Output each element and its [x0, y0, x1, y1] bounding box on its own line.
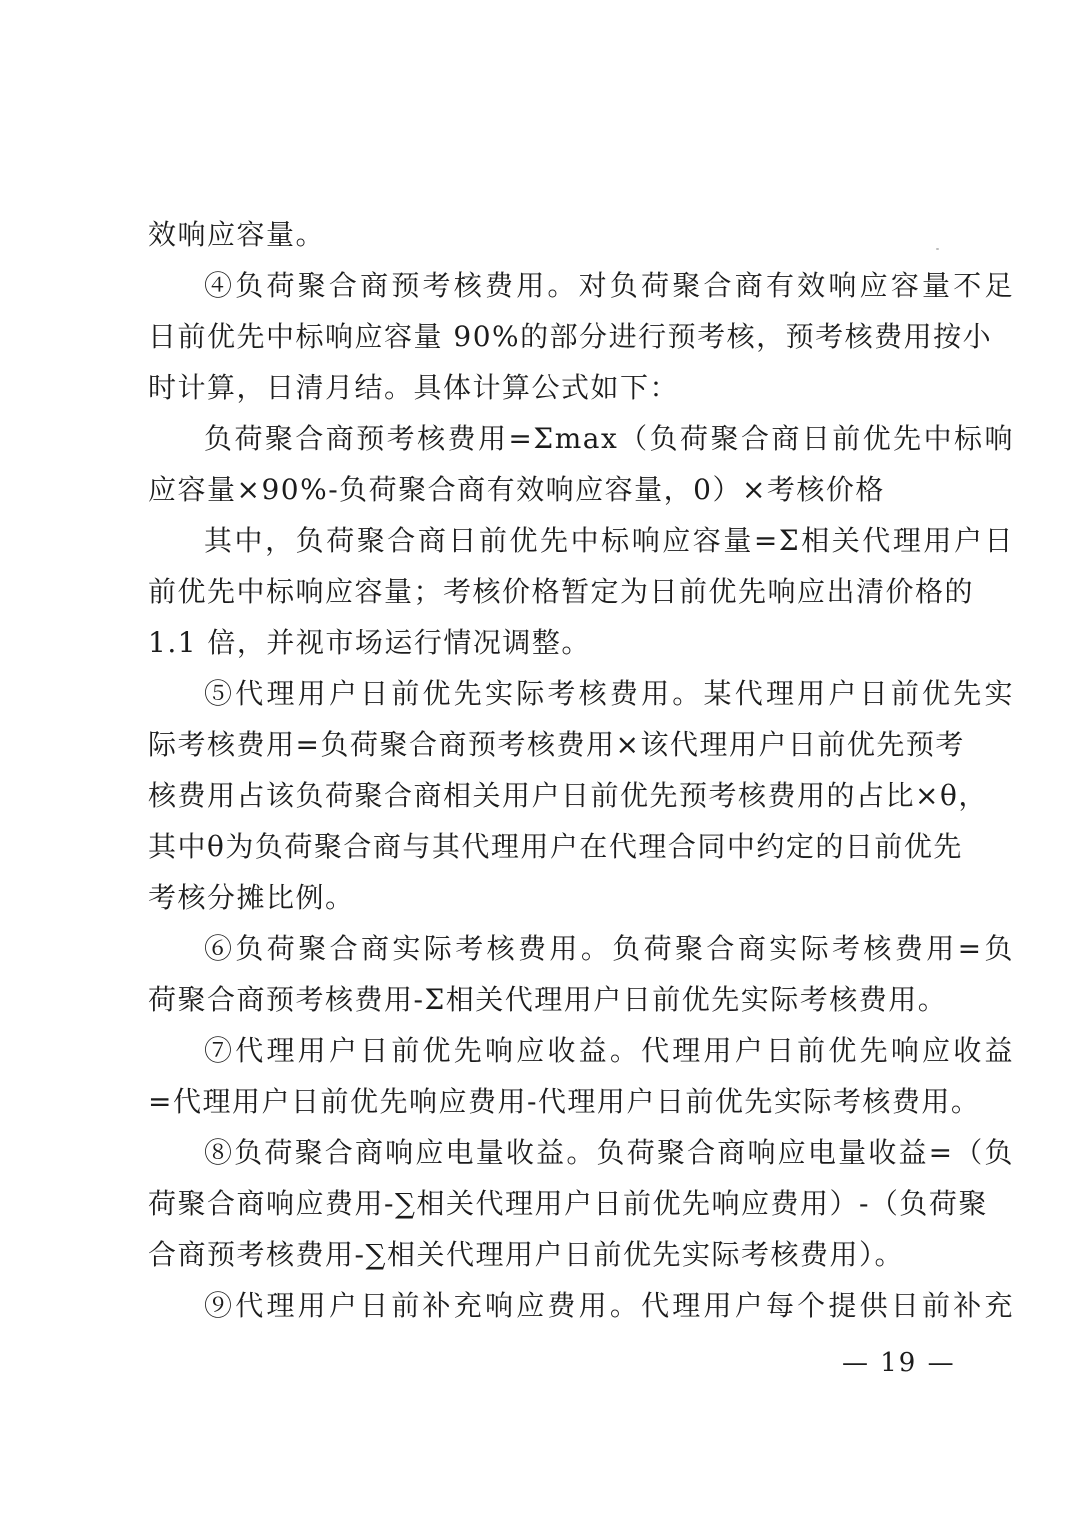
paragraph-line: 日前优先中标响应容量 90%的部分进行预考核，预考核费用按小	[148, 311, 958, 362]
paragraph-line: 效响应容量。	[148, 209, 958, 260]
paragraph-line: 1.1 倍，并视市场运行情况调整。	[148, 617, 958, 668]
paragraph-line: ⑥负荷聚合商实际考核费用。负荷聚合商实际考核费用=负	[148, 923, 1014, 974]
paragraph-line: 际考核费用=负荷聚合商预考核费用×该代理用户日前优先预考	[148, 719, 958, 770]
paragraph-line: 时计算，日清月结。具体计算公式如下：	[148, 362, 958, 413]
scan-speck-decoration	[936, 248, 939, 250]
paragraph-line: 其中θ为负荷聚合商与其代理用户在代理合同中约定的日前优先	[148, 821, 958, 872]
formula-line: 负荷聚合商预考核费用=Σmax（负荷聚合商日前优先中标响	[148, 413, 1014, 464]
paragraph-line: 荷聚合商预考核费用-Σ相关代理用户日前优先实际考核费用。	[148, 974, 958, 1025]
paragraph-line: ⑧负荷聚合商响应电量收益。负荷聚合商响应电量收益=（负	[148, 1127, 1014, 1178]
formula-line: 应容量×90%-负荷聚合商有效响应容量，0）×考核价格	[148, 464, 958, 515]
paragraph-line: ⑤代理用户日前优先实际考核费用。某代理用户日前优先实	[148, 668, 1014, 719]
page-number: — 19 —	[842, 1346, 956, 1380]
paragraph-line: 考核分摊比例。	[148, 872, 958, 923]
document-body: 效响应容量。 ④负荷聚合商预考核费用。对负荷聚合商有效响应容量不足 日前优先中标…	[148, 209, 958, 1331]
document-page: 效响应容量。 ④负荷聚合商预考核费用。对负荷聚合商有效响应容量不足 日前优先中标…	[0, 0, 1080, 1528]
paragraph-line: ④负荷聚合商预考核费用。对负荷聚合商有效响应容量不足	[148, 260, 1014, 311]
paragraph-line: 前优先中标响应容量；考核价格暂定为日前优先响应出清价格的	[148, 566, 958, 617]
paragraph-line: ⑨代理用户日前补充响应费用。代理用户每个提供日前补充	[148, 1280, 1014, 1331]
paragraph-line: 核费用占该负荷聚合商相关用户日前优先预考核费用的占比×θ，	[148, 770, 958, 821]
paragraph-line: 其中，负荷聚合商日前优先中标响应容量=Σ相关代理用户日	[148, 515, 1014, 566]
paragraph-line: 荷聚合商响应费用-∑相关代理用户日前优先响应费用）-（负荷聚	[148, 1178, 958, 1229]
paragraph-line: =代理用户日前优先响应费用-代理用户日前优先实际考核费用。	[148, 1076, 958, 1127]
paragraph-line: ⑦代理用户日前优先响应收益。代理用户日前优先响应收益	[148, 1025, 1014, 1076]
paragraph-line: 合商预考核费用-∑相关代理用户日前优先实际考核费用）。	[148, 1229, 958, 1280]
